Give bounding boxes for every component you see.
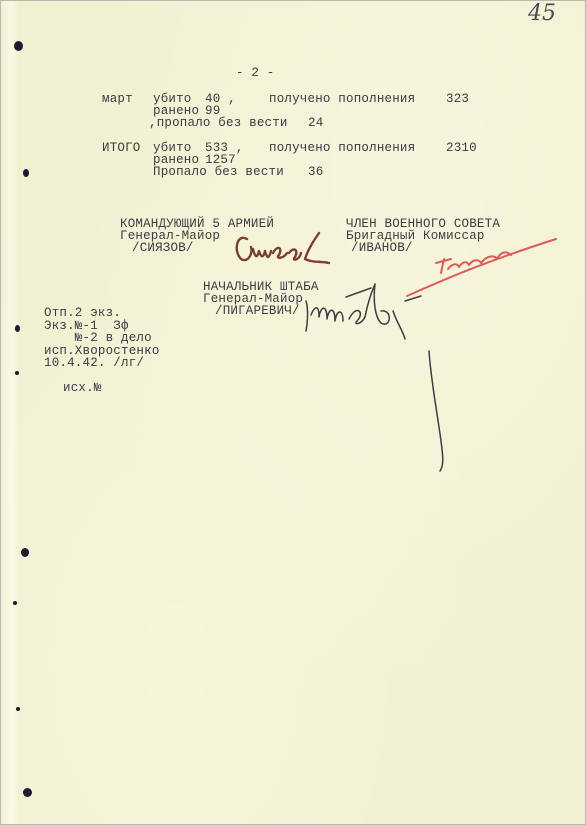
council-member-signature [407, 239, 556, 296]
chief-of-staff-signature [306, 284, 443, 471]
commander-signature [237, 233, 329, 263]
document-page: 45 - 2 - март убито 40 , получено пополн… [0, 0, 586, 825]
handwritten-signatures [1, 1, 586, 825]
